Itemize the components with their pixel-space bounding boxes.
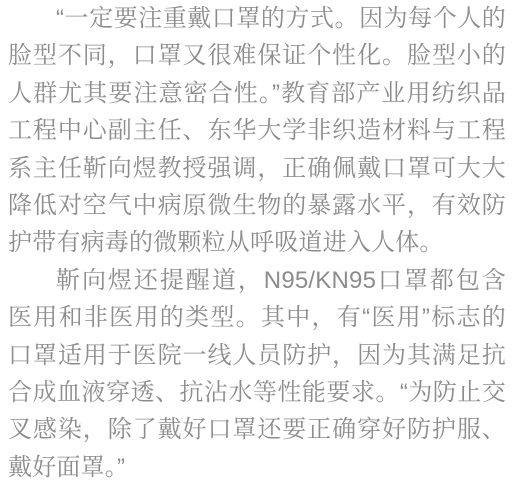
article-paragraph-2: 靳向煜还提醒道，N95/KN95口罩都包含医用和非医用的类型。其中，有“医用”标… [8,262,506,486]
article-page: “一定要注重戴口罩的方式。因为每个人的脸型不同，口罩又很难保证个性化。脸型小的人… [0,0,514,486]
article-paragraph-1: “一定要注重戴口罩的方式。因为每个人的脸型不同，口罩又很难保证个性化。脸型小的人… [8,0,506,262]
document-body: { "article": { "language": "zh-CN", "bac… [0,0,514,486]
